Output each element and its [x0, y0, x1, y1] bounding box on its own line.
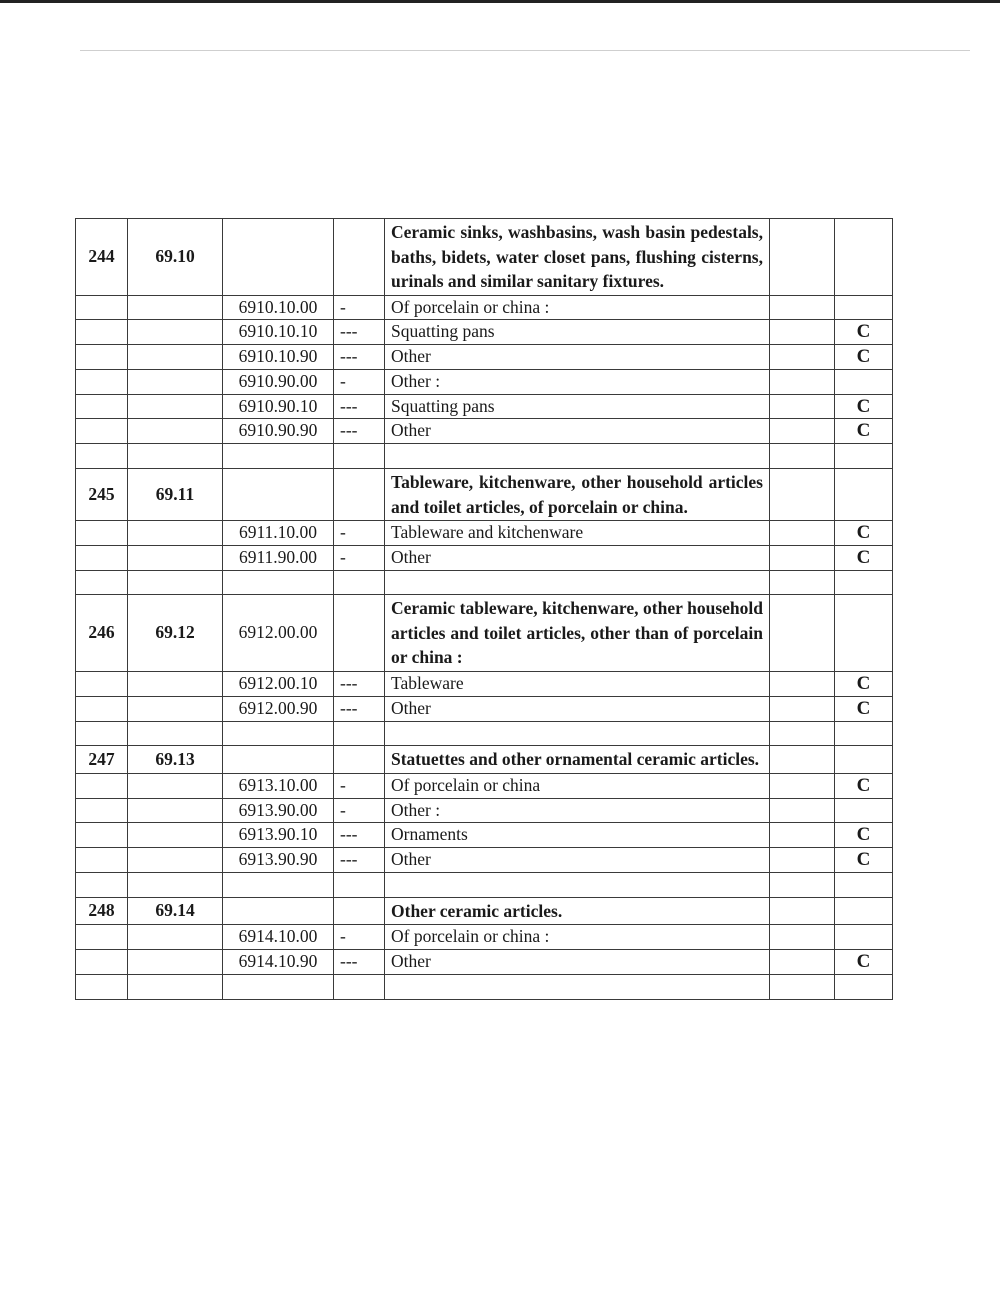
serial-number-cell — [76, 974, 128, 999]
serial-number-cell — [76, 345, 128, 370]
category-cell — [835, 295, 893, 320]
empty-column-cell — [770, 345, 835, 370]
table-row: 6910.10.90 --- Other C — [76, 345, 893, 370]
indent-dash-cell: --- — [334, 823, 385, 848]
indent-dash-cell — [334, 897, 385, 925]
description-cell: Other ceramic articles. — [385, 897, 770, 925]
empty-column-cell — [770, 974, 835, 999]
category-cell: C — [835, 419, 893, 444]
heading-number-cell — [128, 444, 223, 469]
description-cell: Tableware — [385, 671, 770, 696]
hs-code-cell — [223, 873, 334, 898]
indent-dash-cell — [334, 974, 385, 999]
description-cell: Ceramic tableware, kitchenware, other ho… — [385, 595, 770, 672]
description-cell — [385, 444, 770, 469]
table-row: 6914.10.00 - Of porcelain or china : — [76, 925, 893, 950]
indent-dash-cell — [334, 444, 385, 469]
table-row: 6910.10.10 --- Squatting pans C — [76, 320, 893, 345]
indent-dash-cell: --- — [334, 696, 385, 721]
hs-code-cell: 6913.90.00 — [223, 798, 334, 823]
hs-code-cell: 6914.10.90 — [223, 950, 334, 975]
description-cell — [385, 721, 770, 746]
heading-number-cell — [128, 798, 223, 823]
heading-number-cell — [128, 974, 223, 999]
heading-number-cell — [128, 950, 223, 975]
category-cell — [835, 721, 893, 746]
scan-faint-rule — [80, 50, 970, 51]
category-cell: C — [835, 773, 893, 798]
category-cell — [835, 897, 893, 925]
hs-code-cell — [223, 469, 334, 521]
table-row-spacer — [76, 444, 893, 469]
table-row: 6910.90.00 - Other : — [76, 369, 893, 394]
heading-number-cell — [128, 545, 223, 570]
serial-number-cell — [76, 721, 128, 746]
description-cell: Squatting pans — [385, 394, 770, 419]
table-row-heading: 246 69.12 6912.00.00 Ceramic tableware, … — [76, 595, 893, 672]
empty-column-cell — [770, 219, 835, 296]
hs-code-cell: 6910.90.00 — [223, 369, 334, 394]
serial-number-cell — [76, 570, 128, 595]
indent-dash-cell: - — [334, 545, 385, 570]
serial-number-cell — [76, 521, 128, 546]
table-row: 6910.90.10 --- Squatting pans C — [76, 394, 893, 419]
hs-code-cell — [223, 444, 334, 469]
indent-dash-cell: --- — [334, 394, 385, 419]
heading-number-cell — [128, 848, 223, 873]
serial-number-cell: 246 — [76, 595, 128, 672]
category-cell — [835, 469, 893, 521]
category-cell: C — [835, 545, 893, 570]
empty-column-cell — [770, 873, 835, 898]
heading-number-cell: 69.11 — [128, 469, 223, 521]
indent-dash-cell: --- — [334, 848, 385, 873]
hs-code-cell: 6910.10.00 — [223, 295, 334, 320]
indent-dash-cell: - — [334, 798, 385, 823]
table-row: 6910.10.00 - Of porcelain or china : — [76, 295, 893, 320]
serial-number-cell — [76, 823, 128, 848]
category-cell: C — [835, 521, 893, 546]
hs-code-cell: 6910.90.10 — [223, 394, 334, 419]
heading-number-cell — [128, 320, 223, 345]
empty-column-cell — [770, 823, 835, 848]
description-cell: Statuettes and other ornamental ceramic … — [385, 746, 770, 774]
description-cell: Other : — [385, 798, 770, 823]
heading-number-cell — [128, 521, 223, 546]
description-cell: Of porcelain or china — [385, 773, 770, 798]
indent-dash-cell: - — [334, 773, 385, 798]
indent-dash-cell: --- — [334, 671, 385, 696]
description-cell — [385, 873, 770, 898]
empty-column-cell — [770, 595, 835, 672]
tariff-table-body: 244 69.10 Ceramic sinks, washbasins, was… — [76, 219, 893, 1000]
indent-dash-cell: --- — [334, 320, 385, 345]
empty-column-cell — [770, 848, 835, 873]
empty-column-cell — [770, 925, 835, 950]
indent-dash-cell: --- — [334, 950, 385, 975]
serial-number-cell — [76, 798, 128, 823]
hs-code-cell — [223, 570, 334, 595]
table-row: 6910.90.90 --- Other C — [76, 419, 893, 444]
table-row-spacer — [76, 721, 893, 746]
serial-number-cell — [76, 773, 128, 798]
empty-column-cell — [770, 696, 835, 721]
category-cell: C — [835, 848, 893, 873]
empty-column-cell — [770, 469, 835, 521]
heading-number-cell — [128, 394, 223, 419]
description-cell: Other — [385, 545, 770, 570]
empty-column-cell — [770, 897, 835, 925]
table-row-spacer — [76, 873, 893, 898]
description-cell — [385, 974, 770, 999]
description-cell: Other — [385, 848, 770, 873]
description-cell: Other : — [385, 369, 770, 394]
category-cell: C — [835, 950, 893, 975]
empty-column-cell — [770, 721, 835, 746]
hs-code-cell: 6910.90.90 — [223, 419, 334, 444]
empty-column-cell — [770, 320, 835, 345]
heading-number-cell — [128, 570, 223, 595]
empty-column-cell — [770, 950, 835, 975]
description-cell: Other — [385, 950, 770, 975]
hs-code-cell: 6912.00.90 — [223, 696, 334, 721]
table-row-heading: 244 69.10 Ceramic sinks, washbasins, was… — [76, 219, 893, 296]
indent-dash-cell: --- — [334, 419, 385, 444]
indent-dash-cell: - — [334, 369, 385, 394]
category-cell — [835, 219, 893, 296]
description-cell — [385, 570, 770, 595]
scan-edge-line — [0, 0, 1000, 3]
serial-number-cell — [76, 671, 128, 696]
hs-code-cell: 6910.10.10 — [223, 320, 334, 345]
serial-number-cell — [76, 444, 128, 469]
hs-code-cell: 6911.10.00 — [223, 521, 334, 546]
hs-code-cell: 6912.00.10 — [223, 671, 334, 696]
description-cell: Ceramic sinks, washbasins, wash basin pe… — [385, 219, 770, 296]
category-cell: C — [835, 696, 893, 721]
heading-number-cell — [128, 345, 223, 370]
serial-number-cell — [76, 394, 128, 419]
description-cell: Other — [385, 419, 770, 444]
serial-number-cell — [76, 696, 128, 721]
empty-column-cell — [770, 545, 835, 570]
table-row-spacer — [76, 570, 893, 595]
empty-column-cell — [770, 419, 835, 444]
table-row: 6913.10.00 - Of porcelain or china C — [76, 773, 893, 798]
hs-code-cell — [223, 974, 334, 999]
table-row: 6913.90.90 --- Other C — [76, 848, 893, 873]
description-cell: Tableware and kitchenware — [385, 521, 770, 546]
serial-number-cell — [76, 925, 128, 950]
indent-dash-cell: - — [334, 295, 385, 320]
category-cell: C — [835, 345, 893, 370]
hs-code-cell: 6914.10.00 — [223, 925, 334, 950]
empty-column-cell — [770, 570, 835, 595]
table-row-heading: 247 69.13 Statuettes and other ornamenta… — [76, 746, 893, 774]
description-cell: Other — [385, 696, 770, 721]
heading-number-cell: 69.13 — [128, 746, 223, 774]
category-cell — [835, 746, 893, 774]
serial-number-cell — [76, 950, 128, 975]
heading-number-cell — [128, 671, 223, 696]
heading-number-cell: 69.12 — [128, 595, 223, 672]
description-cell: Of porcelain or china : — [385, 925, 770, 950]
serial-number-cell — [76, 369, 128, 394]
empty-column-cell — [770, 746, 835, 774]
category-cell — [835, 798, 893, 823]
empty-column-cell — [770, 444, 835, 469]
heading-number-cell — [128, 419, 223, 444]
hs-code-cell — [223, 219, 334, 296]
hs-code-cell: 6911.90.00 — [223, 545, 334, 570]
table-row-heading: 245 69.11 Tableware, kitchenware, other … — [76, 469, 893, 521]
indent-dash-cell: - — [334, 925, 385, 950]
empty-column-cell — [770, 798, 835, 823]
indent-dash-cell — [334, 595, 385, 672]
heading-number-cell — [128, 925, 223, 950]
description-cell: Other — [385, 345, 770, 370]
serial-number-cell: 244 — [76, 219, 128, 296]
heading-number-cell — [128, 773, 223, 798]
serial-number-cell — [76, 419, 128, 444]
serial-number-cell — [76, 295, 128, 320]
category-cell: C — [835, 320, 893, 345]
hs-code-cell: 6913.90.90 — [223, 848, 334, 873]
hs-code-cell — [223, 746, 334, 774]
category-cell — [835, 570, 893, 595]
indent-dash-cell — [334, 570, 385, 595]
table-row: 6912.00.90 --- Other C — [76, 696, 893, 721]
serial-number-cell — [76, 320, 128, 345]
category-cell — [835, 595, 893, 672]
table-row: 6913.90.00 - Other : — [76, 798, 893, 823]
heading-number-cell — [128, 295, 223, 320]
serial-number-cell — [76, 848, 128, 873]
category-cell — [835, 974, 893, 999]
empty-column-cell — [770, 369, 835, 394]
empty-column-cell — [770, 394, 835, 419]
serial-number-cell — [76, 545, 128, 570]
heading-number-cell — [128, 873, 223, 898]
indent-dash-cell: --- — [334, 345, 385, 370]
table-row: 6913.90.10 --- Ornaments C — [76, 823, 893, 848]
heading-number-cell: 69.14 — [128, 897, 223, 925]
category-cell: C — [835, 394, 893, 419]
hs-code-cell — [223, 897, 334, 925]
hs-code-cell: 6910.10.90 — [223, 345, 334, 370]
empty-column-cell — [770, 671, 835, 696]
description-cell: Of porcelain or china : — [385, 295, 770, 320]
heading-number-cell — [128, 823, 223, 848]
hs-code-cell — [223, 721, 334, 746]
category-cell: C — [835, 823, 893, 848]
category-cell — [835, 873, 893, 898]
indent-dash-cell — [334, 746, 385, 774]
table-row: 6914.10.90 --- Other C — [76, 950, 893, 975]
table-row-heading: 248 69.14 Other ceramic articles. — [76, 897, 893, 925]
table-row: 6912.00.10 --- Tableware C — [76, 671, 893, 696]
hs-code-cell: 6913.90.10 — [223, 823, 334, 848]
hs-code-cell: 6912.00.00 — [223, 595, 334, 672]
heading-number-cell — [128, 696, 223, 721]
hs-code-cell: 6913.10.00 — [223, 773, 334, 798]
heading-number-cell — [128, 369, 223, 394]
serial-number-cell: 245 — [76, 469, 128, 521]
category-cell — [835, 444, 893, 469]
empty-column-cell — [770, 521, 835, 546]
empty-column-cell — [770, 773, 835, 798]
table-row: 6911.10.00 - Tableware and kitchenware C — [76, 521, 893, 546]
serial-number-cell: 248 — [76, 897, 128, 925]
heading-number-cell — [128, 721, 223, 746]
tariff-schedule-table: 244 69.10 Ceramic sinks, washbasins, was… — [75, 218, 893, 1000]
empty-column-cell — [770, 295, 835, 320]
category-cell — [835, 925, 893, 950]
table-row: 6911.90.00 - Other C — [76, 545, 893, 570]
indent-dash-cell — [334, 469, 385, 521]
description-cell: Ornaments — [385, 823, 770, 848]
indent-dash-cell — [334, 721, 385, 746]
serial-number-cell — [76, 873, 128, 898]
category-cell — [835, 369, 893, 394]
indent-dash-cell — [334, 219, 385, 296]
serial-number-cell: 247 — [76, 746, 128, 774]
indent-dash-cell — [334, 873, 385, 898]
heading-number-cell: 69.10 — [128, 219, 223, 296]
description-cell: Squatting pans — [385, 320, 770, 345]
description-cell: Tableware, kitchenware, other household … — [385, 469, 770, 521]
table-row-spacer — [76, 974, 893, 999]
indent-dash-cell: - — [334, 521, 385, 546]
category-cell: C — [835, 671, 893, 696]
